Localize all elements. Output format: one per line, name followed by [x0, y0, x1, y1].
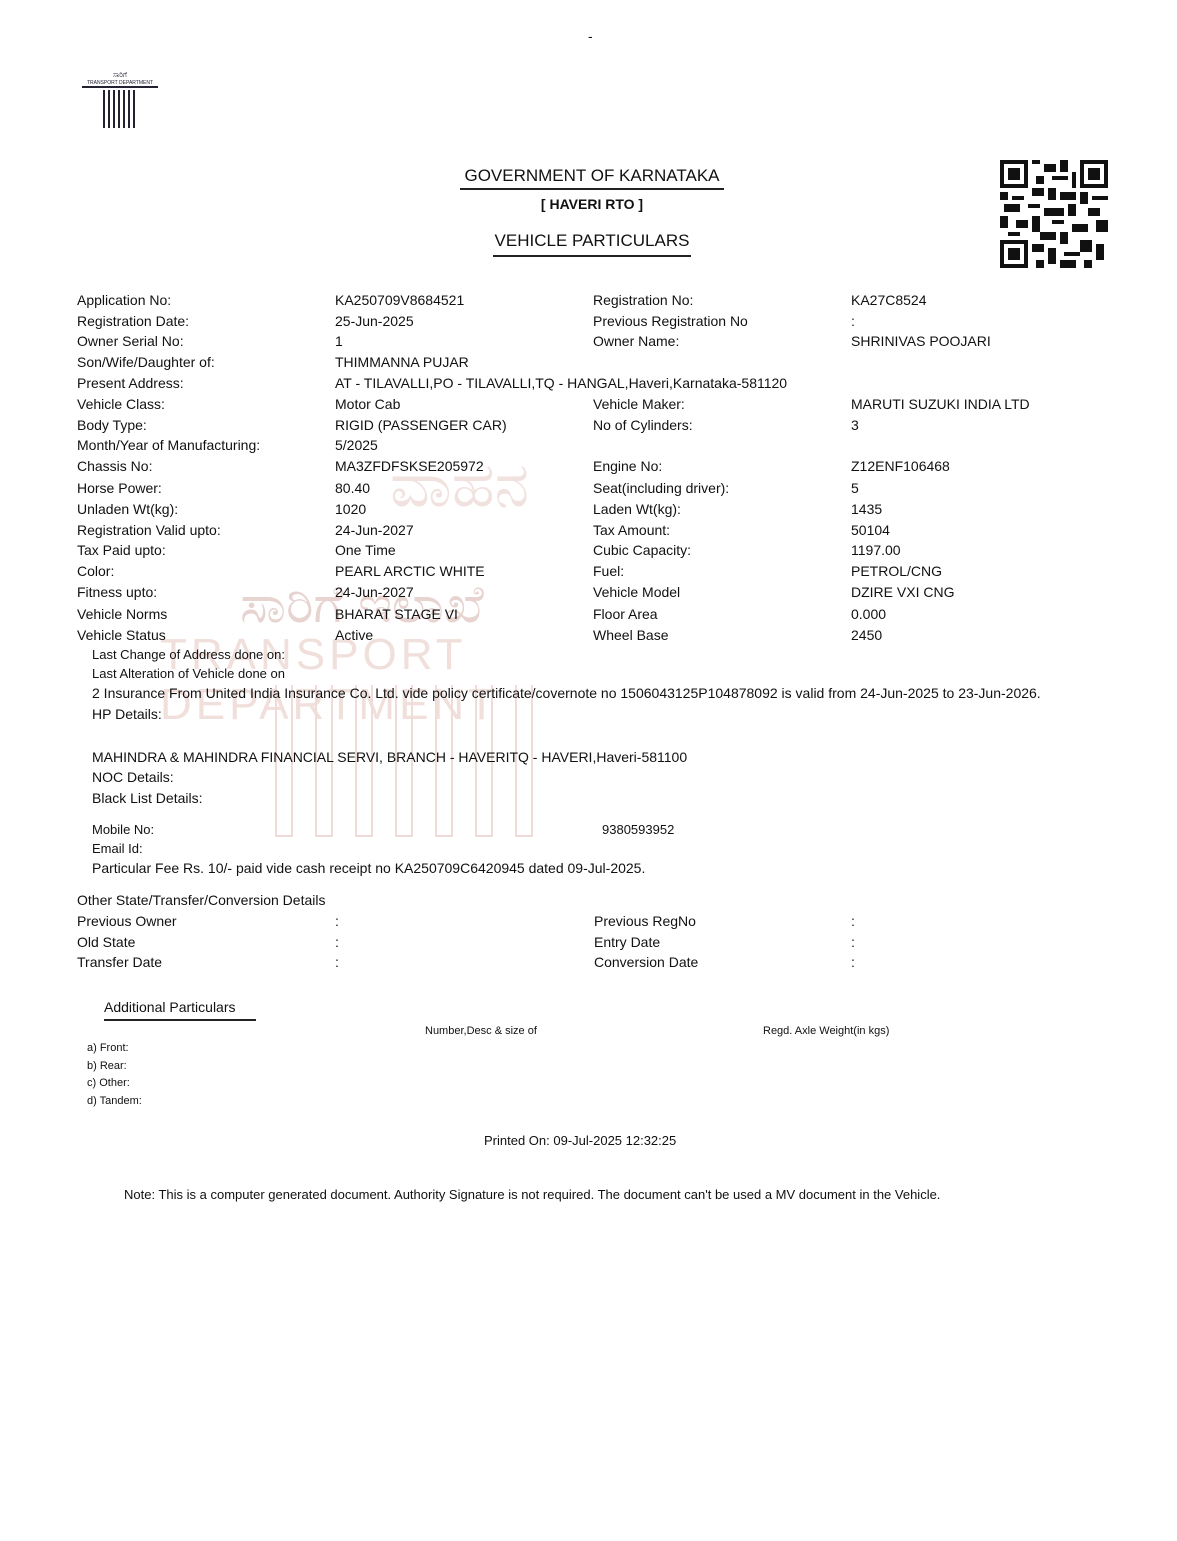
particular-value-right: 1197.00	[851, 542, 901, 558]
government-heading: GOVERNMENT OF KARNATAKA	[460, 166, 724, 190]
particular-value-right: 5	[851, 480, 859, 496]
blacklist-details-label: Black List Details:	[92, 790, 202, 806]
particular-value-right: 0.000	[851, 606, 886, 622]
particular-label: Unladen Wt(kg):	[77, 501, 178, 517]
particular-value: Motor Cab	[335, 396, 400, 412]
particular-label-right: Engine No:	[593, 458, 662, 474]
particular-label-right: Previous Registration No	[593, 313, 748, 329]
particular-label-right: Vehicle Model	[593, 584, 680, 600]
particular-label-right: Tax Amount:	[593, 522, 670, 538]
particular-label: Chassis No:	[77, 458, 152, 474]
particular-value-right: DZIRE VXI CNG	[851, 584, 954, 600]
particular-value: 5/2025	[335, 437, 378, 453]
particular-value-right: KA27C8524	[851, 292, 927, 308]
particular-label: Application No:	[77, 292, 171, 308]
particular-label: Vehicle Class:	[77, 396, 165, 412]
particular-label: Month/Year of Manufacturing:	[77, 437, 260, 453]
rto-office: [ HAVERI RTO ]	[460, 196, 724, 212]
hp-details-value: MAHINDRA & MAHINDRA FINANCIAL SERVI, BRA…	[92, 749, 687, 765]
transfer-value: :	[335, 934, 339, 950]
particular-label-right: Vehicle Maker:	[593, 396, 685, 412]
particular-value-right: MARUTI SUZUKI INDIA LTD	[851, 396, 1030, 412]
transfer-label: Old State	[77, 934, 135, 950]
watermark: ವಾಹನ ಸಾರಿಗೆ ಇಲಾಖೆ TRANSPORT DEPARTMENT	[220, 440, 760, 840]
particular-value-right: 3	[851, 417, 859, 433]
particular-value-right: 50104	[851, 522, 890, 538]
additional-col-desc: Number,Desc & size of	[425, 1025, 537, 1037]
particular-label-right: Fuel:	[593, 563, 624, 579]
particular-value: RIGID (PASSENGER CAR)	[335, 417, 507, 433]
particular-label-right: No of Cylinders:	[593, 417, 693, 433]
particular-value: THIMMANNA PUJAR	[335, 354, 469, 370]
particular-value: 1	[335, 333, 343, 349]
transfer-label: Previous Owner	[77, 913, 177, 929]
printed-on: Printed On: 09-Jul-2025 12:32:25	[484, 1133, 676, 1148]
last-alteration: Last Alteration of Vehicle done on	[92, 666, 285, 681]
axle-row-label: a) Front:	[87, 1042, 129, 1054]
insurance-details: 2 Insurance From United India Insurance …	[92, 685, 1041, 701]
particular-value: One Time	[335, 542, 396, 558]
particular-label-right: Registration No:	[593, 292, 693, 308]
mobile-label: Mobile No:	[92, 822, 154, 837]
particular-label: Body Type:	[77, 417, 147, 433]
particular-value: 24-Jun-2027	[335, 522, 414, 538]
particular-label: Color:	[77, 563, 114, 579]
particular-label: Vehicle Norms	[77, 606, 167, 622]
particular-value-right: SHRINIVAS POOJARI	[851, 333, 991, 349]
particular-label: Son/Wife/Daughter of:	[77, 354, 215, 370]
transfer-label-right: Entry Date	[594, 934, 660, 950]
particular-value: BHARAT STAGE VI	[335, 606, 458, 622]
transfer-value-right: :	[851, 954, 855, 970]
particular-value: 24-Jun-2027	[335, 584, 414, 600]
footer-note: Note: This is a computer generated docum…	[124, 1187, 940, 1202]
particular-value: KA250709V8684521	[335, 292, 464, 308]
logo-text: TRANSPORT DEPARTMENT	[82, 80, 158, 88]
additional-col-axle-weight: Regd. Axle Weight(in kgs)	[763, 1025, 889, 1037]
particular-label: Owner Serial No:	[77, 333, 184, 349]
particular-label-right: Laden Wt(kg):	[593, 501, 681, 517]
particular-value-right: PETROL/CNG	[851, 563, 942, 579]
transfer-value-right: :	[851, 934, 855, 950]
particular-label: Tax Paid upto:	[77, 542, 166, 558]
transfer-label-right: Previous RegNo	[594, 913, 696, 929]
particular-label: Registration Date:	[77, 313, 189, 329]
noc-details-label: NOC Details:	[92, 769, 174, 785]
particular-label-right: Cubic Capacity:	[593, 542, 691, 558]
particular-value: Active	[335, 627, 373, 643]
additional-particulars-title: Additional Particulars	[104, 999, 256, 1021]
particular-value: MA3ZFDFSKSE205972	[335, 458, 484, 474]
particular-label: Registration Valid upto:	[77, 522, 221, 538]
hp-details-label: HP Details:	[92, 706, 162, 722]
email-label: Email Id:	[92, 841, 143, 856]
particular-value: 25-Jun-2025	[335, 313, 414, 329]
transfer-value: :	[335, 954, 339, 970]
transfer-value-right: :	[851, 913, 855, 929]
last-address-change: Last Change of Address done on:	[92, 647, 285, 662]
top-mark: -	[588, 28, 593, 44]
transport-department-logo-icon: ಸಾರಿಗೆ TRANSPORT DEPARTMENT	[82, 72, 158, 132]
fee-details: Particular Fee Rs. 10/- paid vide cash r…	[92, 860, 645, 876]
particular-label: Fitness upto:	[77, 584, 157, 600]
axle-row-label: b) Rear:	[87, 1060, 127, 1072]
particular-label-right: Wheel Base	[593, 627, 668, 643]
particular-value-right: Z12ENF106468	[851, 458, 950, 474]
particular-value: 80.40	[335, 480, 370, 496]
axle-row-label: c) Other:	[87, 1077, 130, 1089]
mobile-value: 9380593952	[602, 822, 674, 837]
axle-row-label: d) Tandem:	[87, 1095, 142, 1107]
page-title: VEHICLE PARTICULARS	[493, 231, 691, 257]
particular-label: Present Address:	[77, 375, 184, 391]
particular-label: Vehicle Status	[77, 627, 166, 643]
transfer-value: :	[335, 913, 339, 929]
logo-kannada-text: ಸಾರಿಗೆ	[82, 72, 158, 80]
particular-value: PEARL ARCTIC WHITE	[335, 563, 485, 579]
particular-value: AT - TILAVALLI,PO - TILAVALLI,TQ - HANGA…	[335, 375, 787, 391]
particular-value-right: 2450	[851, 627, 882, 643]
transfer-label: Transfer Date	[77, 954, 162, 970]
particular-value-right: :	[851, 313, 855, 329]
transfer-label-right: Conversion Date	[594, 954, 698, 970]
particular-label-right: Floor Area	[593, 606, 658, 622]
particular-value-right: 1435	[851, 501, 882, 517]
particular-label: Horse Power:	[77, 480, 162, 496]
qr-code-icon	[1000, 160, 1108, 268]
transfer-section-title: Other State/Transfer/Conversion Details	[77, 892, 325, 908]
particular-label-right: Seat(including driver):	[593, 480, 729, 496]
particular-value: 1020	[335, 501, 366, 517]
particular-label-right: Owner Name:	[593, 333, 679, 349]
